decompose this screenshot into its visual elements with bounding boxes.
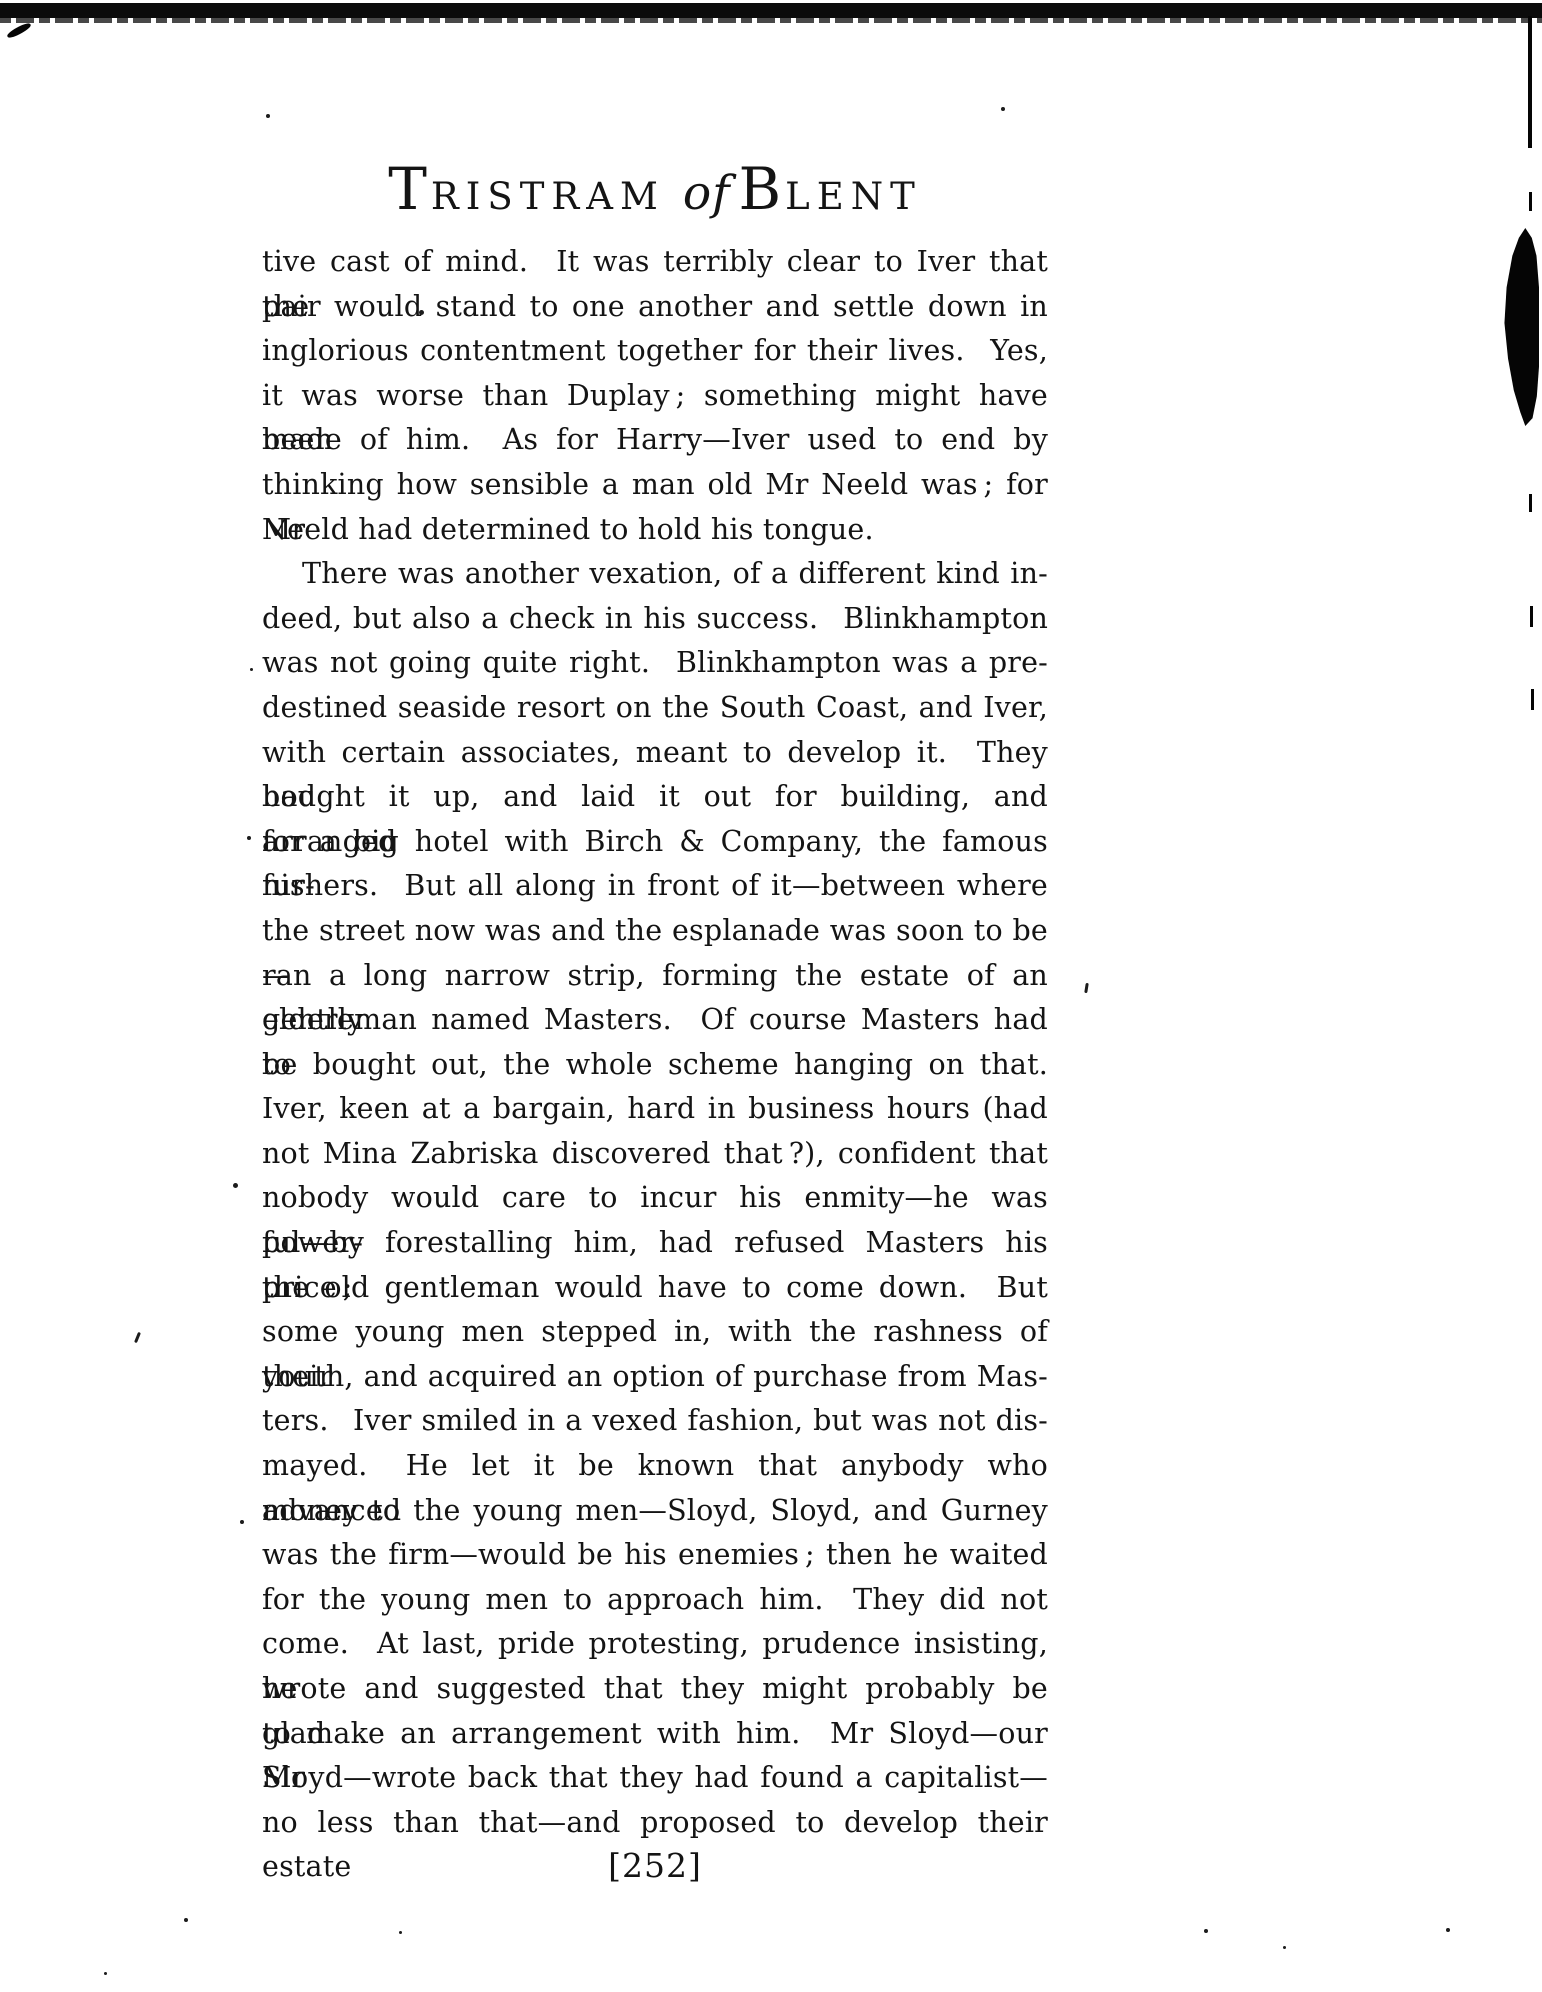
title-initial-t: T: [388, 155, 431, 223]
scan-speck: [1204, 1929, 1208, 1933]
text-line: ful—by forestalling him, had refused Mas…: [262, 1221, 1048, 1266]
scan-speck: [134, 1332, 141, 1343]
text-line: Neeld had determined to hold his tongue.: [262, 508, 1048, 553]
title-initial-b: B: [739, 155, 786, 223]
text-line: it was worse than Duplay ; something mig…: [262, 374, 1048, 419]
scan-speck: [399, 1931, 402, 1934]
book-page-scan: TRISTRAMofBLENT tive cast of mind. It wa…: [0, 0, 1542, 1992]
text-line: bought it up, and laid it out for buildi…: [262, 775, 1048, 820]
scan-speck: [1084, 983, 1089, 993]
text-line: come. At last, pride protesting, prudenc…: [262, 1622, 1048, 1667]
text-line: youth, and acquired an option of purchas…: [262, 1355, 1048, 1400]
text-line: tive cast of mind. It was terribly clear…: [262, 240, 1048, 285]
text-line: deed, but also a check in his success. B…: [262, 597, 1048, 642]
scan-artifact-right-dash: [1529, 494, 1532, 512]
text-line: money to the young men—Sloyd, Sloyd, and…: [262, 1489, 1048, 1534]
body-text-block: tive cast of mind. It was terribly clear…: [262, 240, 1048, 1845]
text-line: be bought out, the whole scheme hanging …: [262, 1043, 1048, 1088]
scan-artifact-right-dash: [1529, 192, 1532, 211]
scan-speck: [250, 668, 253, 671]
text-line: with certain associates, meant to develo…: [262, 731, 1048, 776]
text-line: gentleman named Masters. Of course Maste…: [262, 998, 1048, 1043]
text-line: Iver, keen at a bargain, hard in busines…: [262, 1087, 1048, 1132]
scan-artifact-right-dash: [1531, 689, 1534, 710]
scan-speck: [184, 1918, 188, 1922]
text-line: some young men stepped in, with the rash…: [262, 1310, 1048, 1355]
scan-artifact-top-left-mark: [6, 21, 32, 39]
text-line: was the firm—would be his enemies ; then…: [262, 1533, 1048, 1578]
scan-artifact-top-bar: [0, 3, 1542, 18]
scan-speck: [266, 114, 270, 118]
title-word1-smallcaps: RISTRAM: [431, 175, 665, 218]
text-line: the old gentleman would have to come dow…: [262, 1266, 1048, 1311]
text-line: no less than that—and proposed to develo…: [262, 1801, 1048, 1846]
page-number: [252]: [262, 1846, 1048, 1885]
scan-speck: [1001, 107, 1005, 111]
scan-speck: [233, 1183, 238, 1188]
text-line: for a big hotel with Birch & Company, th…: [262, 820, 1048, 865]
scan-speck: [1446, 1928, 1450, 1932]
text-line: thinking how sensible a man old Mr Neeld…: [262, 463, 1048, 508]
title-word2-smallcaps: LENT: [785, 175, 922, 218]
text-line: mayed. He let it be known that anybody w…: [262, 1444, 1048, 1489]
text-line: to make an arrangement with him. Mr Sloy…: [262, 1712, 1048, 1757]
text-line: made of him. As for Harry—Iver used to e…: [262, 418, 1048, 463]
scan-artifact-right-line: [1528, 16, 1532, 148]
text-line: nobody would care to incur his enmity—he…: [262, 1176, 1048, 1221]
scan-speck: [419, 310, 424, 315]
text-line: ran a long narrow strip, forming the est…: [262, 954, 1048, 999]
text-line: not Mina Zabriska discovered that ?), co…: [262, 1132, 1048, 1177]
text-line: ters. Iver smiled in a vexed fashion, bu…: [262, 1399, 1048, 1444]
scan-artifact-ink-blob: [1503, 228, 1539, 426]
text-line: for the young men to approach him. They …: [262, 1578, 1048, 1623]
text-line: nishers. But all along in front of it—be…: [262, 864, 1048, 909]
scan-speck: [240, 1520, 244, 1524]
page-title: TRISTRAMofBLENT: [262, 160, 1048, 218]
scan-speck: [1283, 1946, 1286, 1949]
text-line: destined seaside resort on the South Coa…: [262, 686, 1048, 731]
text-line: Sloyd—wrote back that they had found a c…: [262, 1756, 1048, 1801]
scan-artifact-right-dash: [1530, 606, 1533, 627]
scan-speck: [104, 1972, 107, 1975]
text-line: There was another vexation, of a differe…: [262, 552, 1048, 597]
text-line: the street now was and the esplanade was…: [262, 909, 1048, 954]
text-line: pair would stand to one another and sett…: [262, 285, 1048, 330]
text-line: inglorious contentment together for thei…: [262, 329, 1048, 374]
title-connector-of: of: [683, 166, 731, 221]
text-line: wrote and suggested that they might prob…: [262, 1667, 1048, 1712]
text-line: was not going quite right. Blinkhampton …: [262, 641, 1048, 686]
scan-speck: [247, 836, 251, 840]
